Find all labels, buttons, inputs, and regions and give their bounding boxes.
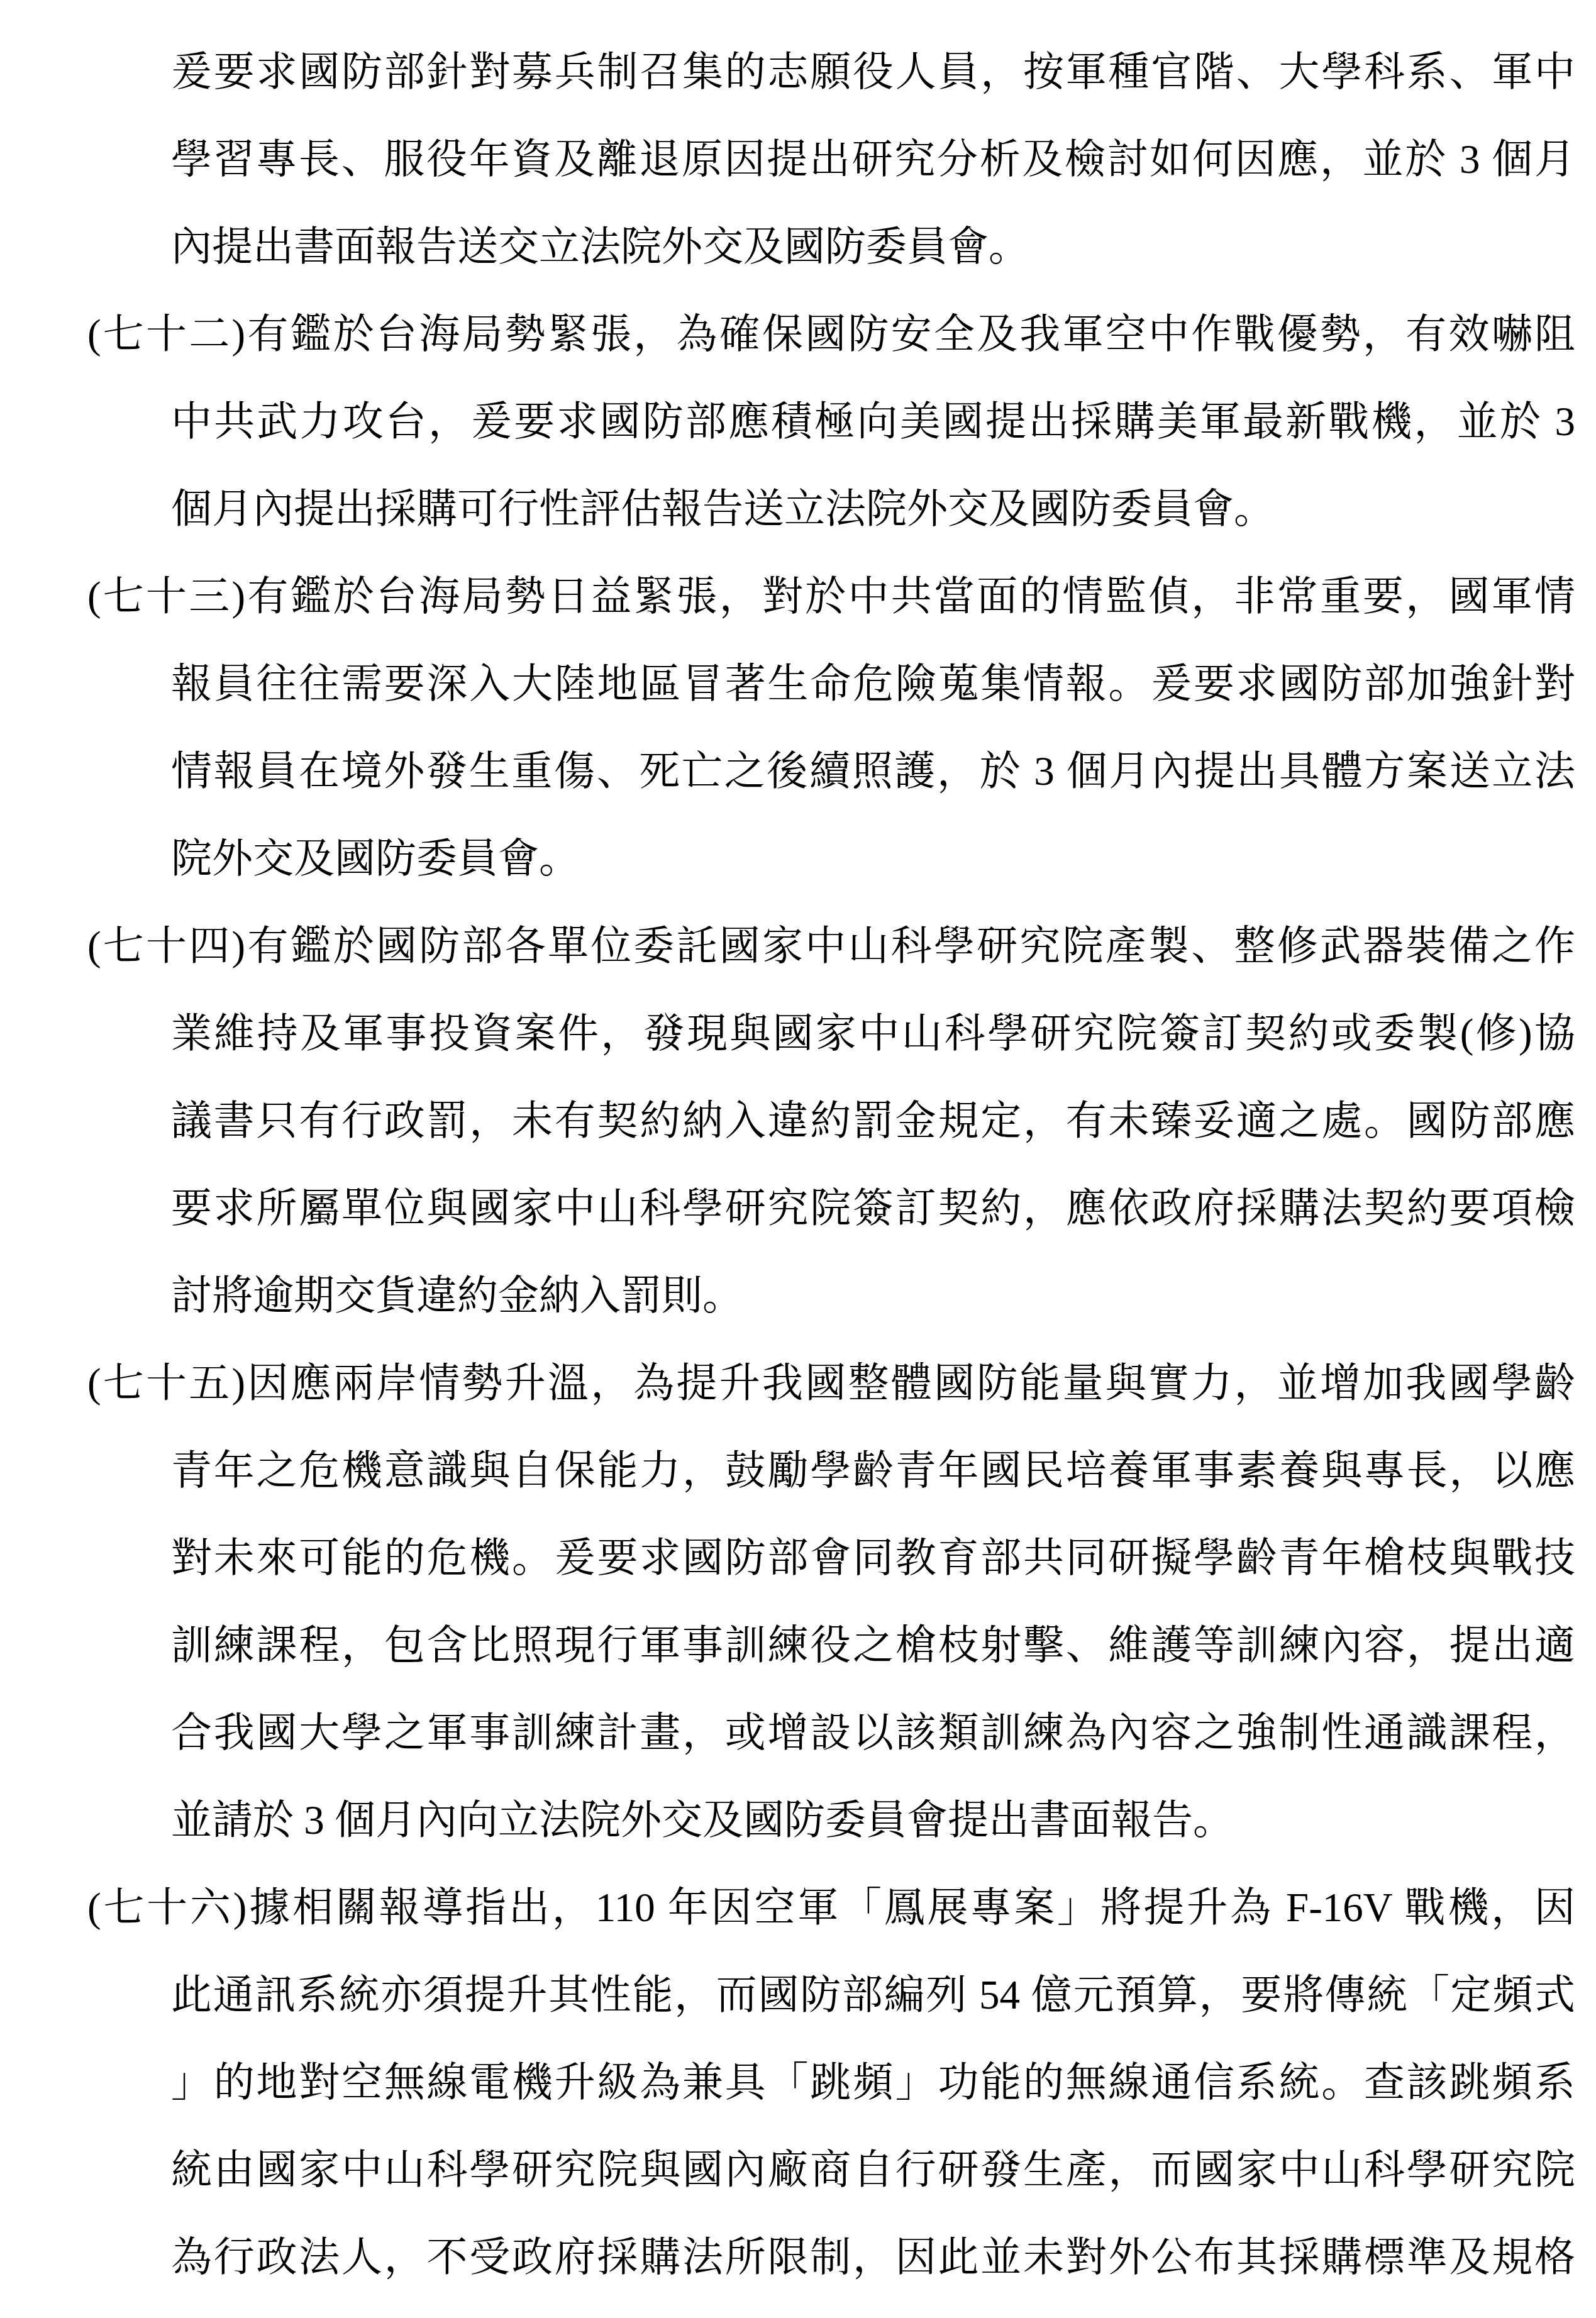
- text-line: 報員往往需要深入大陸地區冒著生命危險蒐集情報。爰要求國防部加強針對: [171, 641, 1575, 728]
- text-line: 統由國家中山科學研究院與國內廠商自行研發生產，而國家中山科學研究院: [171, 2127, 1575, 2214]
- item-number: (七十五): [87, 1361, 245, 1406]
- text-line: 討將逾期交貨違約金納入罰則。: [171, 1253, 1575, 1340]
- paragraph: (七十二)有鑑於台海局勢緊張，為確保國防安全及我軍空中作戰優勢，有效嚇阻中共武力…: [171, 291, 1575, 553]
- text-line: 學習專長、服役年資及離退原因提出研究分析及檢討如何因應，並於 3 個月: [171, 116, 1575, 204]
- document-page: 爰要求國防部針對募兵制召集的志願役人員，按軍種官階、大學科系、軍中學習專長、服役…: [0, 0, 1596, 2318]
- document-body: 爰要求國防部針對募兵制召集的志願役人員，按軍種官階、大學科系、軍中學習專長、服役…: [0, 29, 1575, 2302]
- text-line: 」的地對空無線電機升級為兼具「跳頻」功能的無線通信系統。查該跳頻系: [171, 2039, 1575, 2127]
- paragraph: 爰要求國防部針對募兵制召集的志願役人員，按軍種官階、大學科系、軍中學習專長、服役…: [171, 29, 1575, 291]
- text-line: 業維持及軍事投資案件，發現與國家中山科學研究院簽訂契約或委製(修)協: [171, 990, 1575, 1078]
- text-line: 個月內提出採購可行性評估報告送立法院外交及國防委員會。: [171, 466, 1575, 553]
- item-number: (七十六): [87, 1885, 247, 1931]
- text-line: 要求所屬單位與國家中山科學研究院簽訂契約，應依政府採購法契約要項檢: [171, 1165, 1575, 1253]
- item-number: (七十四): [87, 924, 245, 969]
- text-line: 中共武力攻台，爰要求國防部應積極向美國提出採購美軍最新戰機，並於 3: [171, 379, 1575, 466]
- text-line: (七十二)有鑑於台海局勢緊張，為確保國防安全及我軍空中作戰優勢，有效嚇阻: [87, 291, 1575, 379]
- paragraph: (七十四)有鑑於國防部各單位委託國家中山科學研究院產製、整修武器裝備之作業維持及…: [171, 903, 1575, 1340]
- paragraph: (七十五)因應兩岸情勢升溫，為提升我國整體國防能量與實力，並增加我國學齡青年之危…: [171, 1340, 1575, 1865]
- text-line: 對未來可能的危機。爰要求國防部會同教育部共同研擬學齡青年槍枝與戰技: [171, 1515, 1575, 1602]
- text-line: 並請於 3 個月內向立法院外交及國防委員會提出書面報告。: [171, 1777, 1575, 1865]
- text-line: (七十三)有鑑於台海局勢日益緊張，對於中共當面的情監偵，非常重要，國軍情: [87, 553, 1575, 641]
- text-line: 情報員在境外發生重傷、死亡之後續照護，於 3 個月內提出具體方案送立法: [171, 728, 1575, 816]
- text-line: 合我國大學之軍事訓練計畫，或增設以該類訓練為內容之強制性通識課程，: [171, 1690, 1575, 1777]
- text-line: 青年之危機意識與自保能力，鼓勵學齡青年國民培養軍事素養與專長，以應: [171, 1428, 1575, 1515]
- text-line: 此通訊系統亦須提升其性能，而國防部編列 54 億元預算，要將傳統「定頻式: [171, 1952, 1575, 2039]
- item-number: (七十三): [87, 574, 245, 619]
- text-line: 為行政法人，不受政府採購法所限制，因此並未對外公布其採購標準及規格: [171, 2214, 1575, 2302]
- text-line: 爰要求國防部針對募兵制召集的志願役人員，按軍種官階、大學科系、軍中: [171, 29, 1575, 116]
- text-line: (七十六)據相關報導指出，110 年因空軍「鳳展專案」將提升為 F-16V 戰機…: [87, 1865, 1575, 1952]
- text-line: 院外交及國防委員會。: [171, 816, 1575, 903]
- item-number: (七十二): [87, 312, 245, 357]
- text-line: (七十四)有鑑於國防部各單位委託國家中山科學研究院產製、整修武器裝備之作: [87, 903, 1575, 990]
- paragraph: (七十三)有鑑於台海局勢日益緊張，對於中共當面的情監偵，非常重要，國軍情報員往往…: [171, 553, 1575, 903]
- text-line: (七十五)因應兩岸情勢升溫，為提升我國整體國防能量與實力，並增加我國學齡: [87, 1340, 1575, 1428]
- text-line: 訓練課程，包含比照現行軍事訓練役之槍枝射擊、維護等訓練內容，提出適: [171, 1602, 1575, 1690]
- paragraph: (七十六)據相關報導指出，110 年因空軍「鳳展專案」將提升為 F-16V 戰機…: [171, 1865, 1575, 2302]
- text-line: 內提出書面報告送交立法院外交及國防委員會。: [171, 204, 1575, 291]
- text-line: 議書只有行政罰，未有契約納入違約罰金規定，有未臻妥適之處。國防部應: [171, 1078, 1575, 1165]
